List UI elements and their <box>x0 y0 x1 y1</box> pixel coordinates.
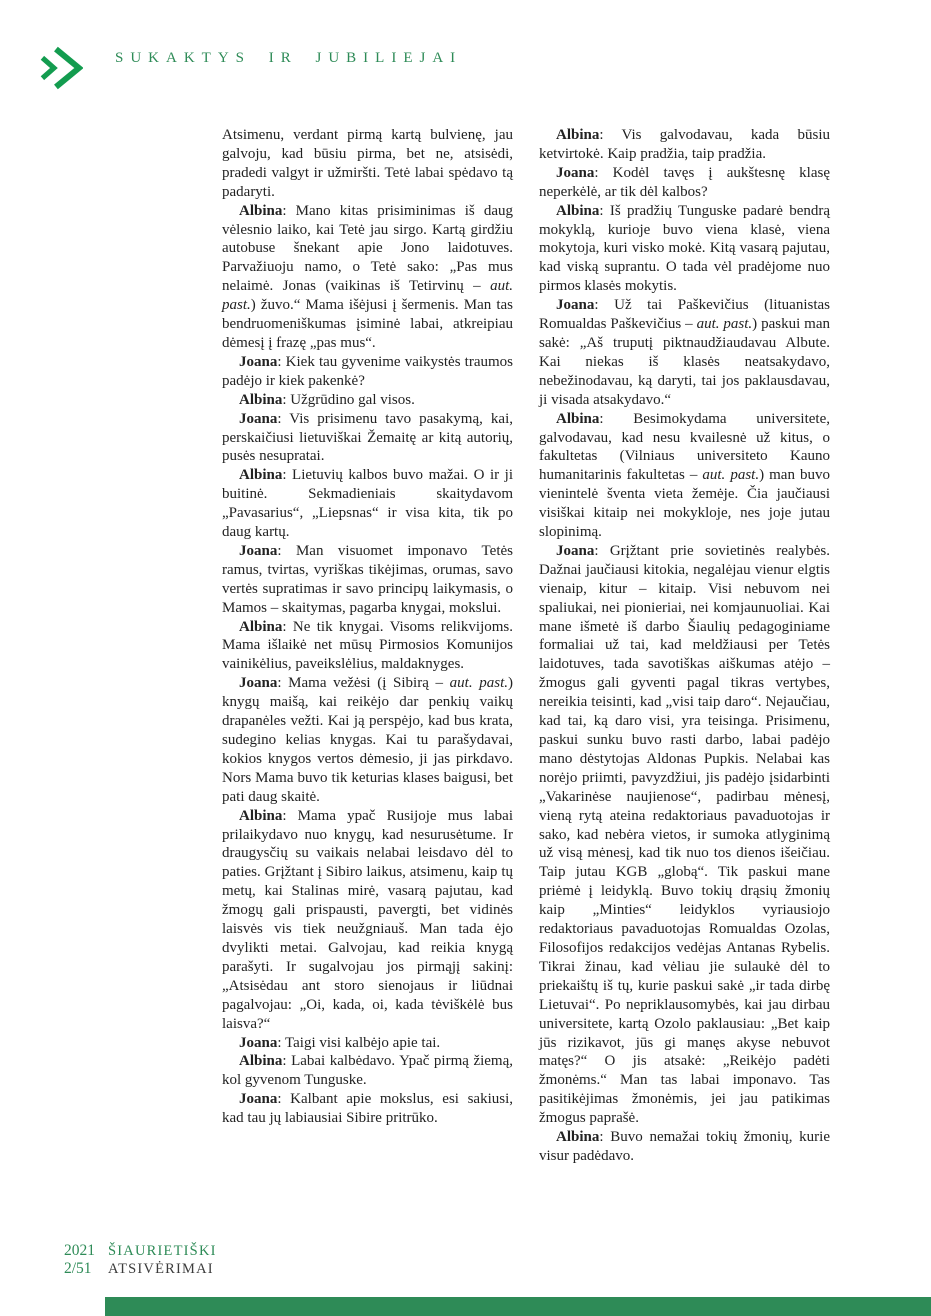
speaker-name: Joana <box>239 543 277 559</box>
speaker-name: Albina <box>239 808 282 824</box>
paragraph: Albina: Besimokydama universitete, galvo… <box>539 410 830 542</box>
paragraph: Albina: Iš pradžių Tunguske padarė bendr… <box>539 202 830 297</box>
speaker-name: Albina <box>556 411 599 427</box>
paragraph: Albina: Ne tik knygai. Visoms relikvijom… <box>222 618 513 675</box>
speaker-name: Joana <box>556 543 594 559</box>
paragraph: Joana: Kalbant apie mokslus, esi sakiusi… <box>222 1090 513 1128</box>
paragraph: Albina: Lietuvių kalbos buvo mažai. O ir… <box>222 466 513 542</box>
paragraph: Joana: Grįžtant prie sovietinės realybės… <box>539 542 830 1128</box>
paragraph: Atsimenu, verdant pirmą kartą bulvienę, … <box>222 126 513 202</box>
page-footer: 2021 2/51 ŠIAURIETIŠKI ATSIVĖRIMAI <box>64 1242 217 1278</box>
speaker-name: Albina <box>556 127 599 143</box>
speaker-name: Albina <box>239 392 282 408</box>
paragraph: Albina: Mano kitas prisiminimas iš daug … <box>222 202 513 353</box>
speaker-name: Joana <box>556 297 594 313</box>
author-note: aut. past. <box>697 316 753 332</box>
speaker-name: Albina <box>556 203 599 219</box>
footer-series-line1: ŠIAURIETIŠKI <box>108 1242 217 1260</box>
speaker-name: Joana <box>239 1035 277 1051</box>
speaker-name: Albina <box>556 1129 599 1145</box>
speaker-name: Joana <box>239 411 277 427</box>
paragraph: Joana: Vis prisimenu tavo pasakymą, kai,… <box>222 410 513 467</box>
paragraph: Joana: Kiek tau gyvenime vaikystės traum… <box>222 353 513 391</box>
paragraph: Albina: Buvo nemažai tokių žmonių, kurie… <box>539 1128 830 1166</box>
paragraph: Joana: Taigi visi kalbėjo apie tai. <box>222 1034 513 1053</box>
paragraph: Albina: Užgrūdino gal visos. <box>222 391 513 410</box>
paragraph: Albina: Vis galvodavau, kada būsiu ketvi… <box>539 126 830 164</box>
footer-issue-numbers: 2021 2/51 <box>64 1242 95 1278</box>
paragraph: Joana: Mama vežėsi (į Sibirą – aut. past… <box>222 674 513 806</box>
paragraph: Joana: Kodėl tavęs į aukštesnę klasę nep… <box>539 164 830 202</box>
speaker-name: Albina <box>239 467 282 483</box>
speaker-name: Albina <box>239 619 282 635</box>
page-header-title: SUKAKTYS IR JUBILIEJAI <box>115 50 462 67</box>
paragraph: Joana: Už tai Paškevičius (lituanistas R… <box>539 296 830 409</box>
footer-year: 2021 <box>64 1242 95 1260</box>
page-header: SUKAKTYS IR JUBILIEJAI <box>115 50 462 67</box>
footer-series-line2: ATSIVĖRIMAI <box>108 1260 217 1278</box>
paragraph: Joana: Man visuomet imponavo Tetės ramus… <box>222 542 513 618</box>
bottom-accent-bar <box>105 1297 931 1316</box>
speaker-name: Joana <box>239 354 277 370</box>
speaker-name: Joana <box>239 675 277 691</box>
speaker-name: Albina <box>239 1053 282 1069</box>
footer-issue: 2/51 <box>64 1260 95 1278</box>
author-note: aut. past. <box>222 278 513 313</box>
text-column-right: Albina: Vis galvodavau, kada būsiu ketvi… <box>539 126 830 1166</box>
author-note: aut. past. <box>702 467 759 483</box>
text-column-left: Atsimenu, verdant pirmą kartą bulvienę, … <box>222 126 513 1166</box>
speaker-name: Joana <box>239 1091 277 1107</box>
speaker-name: Albina <box>239 203 282 219</box>
author-note: aut. past. <box>450 675 508 691</box>
speaker-name: Joana <box>556 165 594 181</box>
article-body: Atsimenu, verdant pirmą kartą bulvienę, … <box>222 126 830 1166</box>
footer-series-title: ŠIAURIETIŠKI ATSIVĖRIMAI <box>108 1242 217 1278</box>
magazine-page: SUKAKTYS IR JUBILIEJAI Atsimenu, verdant… <box>0 0 931 1316</box>
double-chevron-right-icon <box>37 43 83 93</box>
paragraph: Albina: Mama ypač Rusijoje mus labai pri… <box>222 807 513 1034</box>
paragraph: Albina: Labai kalbėdavo. Ypač pirmą žiem… <box>222 1052 513 1090</box>
